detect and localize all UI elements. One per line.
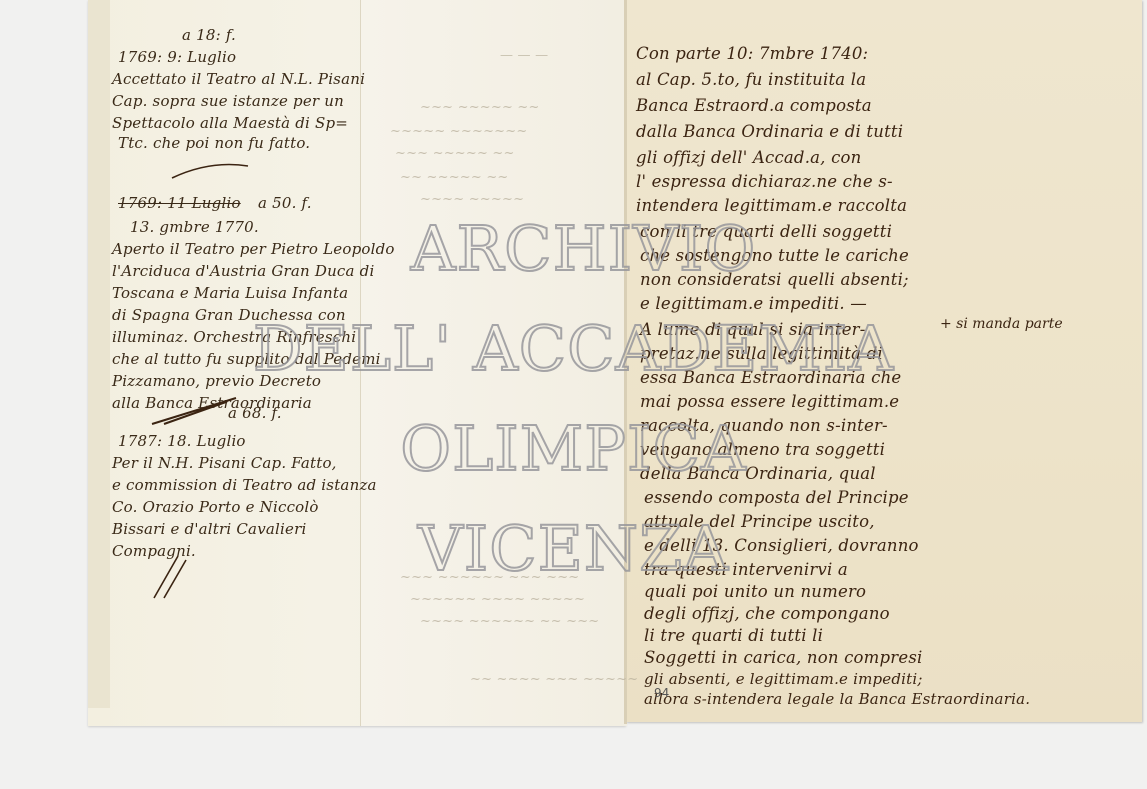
text-line: essendo composta del Principe <box>644 488 909 507</box>
page-fold <box>624 0 627 724</box>
text-line: allora s-intendera legale la Banca Estra… <box>644 690 1030 708</box>
page-number: 94 <box>654 686 669 700</box>
text-line: degli offizj, che compongano <box>644 604 890 623</box>
text-line: Banca Estraord.a composta <box>636 96 872 115</box>
entry-line: 1769: 9: Luglio <box>118 48 236 66</box>
text-line: attuale del Principe uscito, <box>644 512 875 531</box>
text-line: con li tre quarti delli soggetti <box>640 222 892 241</box>
text-line: raccolta, quando non s-inter- <box>640 416 888 435</box>
entry-line: 1787: 18. Luglio <box>118 432 246 450</box>
entry-heading: a 50. f. <box>258 194 312 212</box>
text-line: e delli 13. Consiglieri, dovranno <box>644 536 919 555</box>
text-line: quali poi unito un numero <box>644 582 866 601</box>
text-line: Soggetti in carica, non compresi <box>644 648 922 667</box>
text-line: li tre quarti di tutti li <box>644 626 823 645</box>
entry-line: Aperto il Teatro per Pietro Leopoldo <box>112 240 395 258</box>
entry-line: Co. Orazio Porto e Niccolò <box>112 498 319 516</box>
text-line: vengano almeno tra soggetti <box>640 440 885 459</box>
entry-line: Spettacolo alla Maestà di Sp= <box>112 114 348 132</box>
text-line: A lume di qual si sia inter- <box>640 320 866 339</box>
entry-line: Pizzamano, previo Decreto <box>112 372 321 390</box>
text-line: non consideratsi quelli absenti; <box>640 270 909 289</box>
entry-line: Toscana e Maria Luisa Infanta <box>112 284 348 302</box>
text-line: intendera legittimam.e raccolta <box>636 196 907 215</box>
pen-flourish-icon <box>150 552 190 600</box>
text-line: mai possa essere legittimam.e <box>640 392 899 411</box>
left-page-folded-edge <box>88 0 110 708</box>
text-line: pretaz.ne sulla legittimità di <box>640 344 883 363</box>
entry-line: Accettato il Teatro al N.L. Pisani <box>112 70 365 88</box>
text-line: l' espressa dichiaraz.ne che s- <box>636 172 893 191</box>
entry-line: Per il N.H. Pisani Cap. Fatto, <box>112 454 337 472</box>
text-line: che sostengono tutte le cariche <box>640 246 909 265</box>
text-line: della Banca Ordinaria, qual <box>640 464 876 483</box>
entry-line: e commission di Teatro ad istanza <box>112 476 377 494</box>
text-line: gli offizj dell' Accad.a, con <box>636 148 861 167</box>
entry-line: di Spagna Gran Duchessa con <box>112 306 346 324</box>
margin-note: + si manda parte <box>940 316 1063 332</box>
entry-line: che al tutto fu supplito dal Pedemi <box>112 350 381 368</box>
text-line: gli absenti, e legittimam.e impediti; <box>644 670 923 688</box>
entry-line: Cap. sopra sue istanze per un <box>112 92 344 110</box>
text-line: e legittimam.e impediti. — <box>640 294 867 313</box>
text-line: al Cap. 5.to, fu instituita la <box>636 70 866 89</box>
entry-heading: a 18: f. <box>182 26 236 44</box>
pen-flourish-icon <box>170 160 250 180</box>
entry-line: 13. gmbre 1770. <box>130 218 259 236</box>
text-line: dalla Banca Ordinaria e di tutti <box>636 122 903 141</box>
entry-line: illuminaz. Orchestra Rinfreschi <box>112 328 356 346</box>
text-line: Con parte 10: 7mbre 1740: <box>636 44 868 63</box>
text-line: essa Banca Estraordinaria che <box>640 368 901 387</box>
text-line: tra questi intervenirvi a <box>644 560 848 579</box>
entry-heading-struck: 1769: 11 Luglio <box>118 194 241 212</box>
entry-line: Ttc. che poi non fu fatto. <box>118 134 310 152</box>
entry-line: Bissari e d'altri Cavalieri <box>112 520 306 538</box>
pen-flourish-icon <box>150 396 240 426</box>
entry-line: l'Arciduca d'Austria Gran Duca di <box>112 262 374 280</box>
